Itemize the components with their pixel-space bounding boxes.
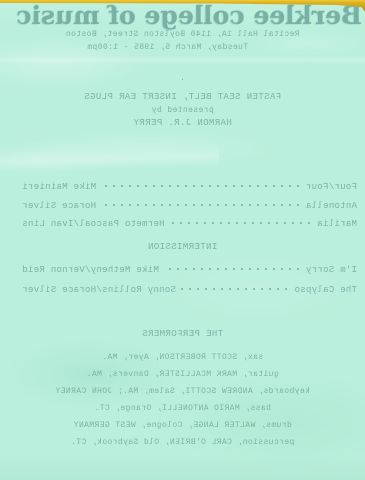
program-row: I'm Sorry Mike Metheny/Vernon Reid (0, 264, 365, 275)
scanned-program-page: { "document": { "kind": "mirrored scanne… (0, 0, 365, 480)
venue-line: Recital Hall 1A, 1140 Boylston Street, B… (0, 30, 365, 39)
piece-credit: Sonny Rollins/Horace Silver (22, 285, 176, 295)
presenter-name: HARMON J.R. PERRY (0, 118, 365, 128)
piece-title: Marilia (317, 219, 357, 229)
date-line: Tuesday, March 5, 1985 - 1:00pm (0, 43, 365, 52)
program-row: Antonella Horace Silver (0, 200, 365, 211)
dot-leader (164, 264, 301, 272)
performer-line: drums, WALTER LANGE, Cologne, WEST GERMA… (0, 421, 365, 430)
performer-line: sax, SCOTT ROBERTSON, Ayer, MA. (0, 353, 365, 362)
performers-heading: THE PERFORMERS (0, 329, 365, 339)
dot-leader (101, 200, 301, 208)
performer-line: guitar, MARK MCALLISTER, Danvers, MA. (0, 370, 365, 379)
paper-sheet: Berklee college of music Recital Hall 1A… (0, 0, 365, 480)
program-row: Marilia Hermeto Pascoal/Ivan Lins (0, 218, 365, 229)
dot-leader (181, 284, 289, 292)
piece-title: The Calypso (294, 285, 357, 295)
piece-credit: Mike Mainieri (22, 182, 96, 192)
dot-leader (101, 181, 301, 189)
berklee-logo: Berklee college of music (16, 1, 362, 30)
performer-line: keyboards, ANDREW SCOTTI, Salem, MA.; JO… (0, 387, 365, 396)
piece-title: Antonella (306, 201, 357, 211)
performer-line: percussion, CARL O'BRIEN, Old Saybrook, … (0, 438, 365, 447)
presented-by-label: presented by (0, 106, 365, 115)
performer-line: bass, MARIO ANTONELLI, Orange, CT. (0, 404, 365, 413)
piece-title: Four/Four (306, 182, 357, 192)
piece-credit: Mike Metheny/Vernon Reid (22, 265, 159, 275)
intermission-heading: INTERMISSION (0, 242, 365, 252)
piece-title: I'm Sorry (306, 265, 357, 275)
mirrored-content-layer: Berklee college of music Recital Hall 1A… (0, 0, 365, 480)
recital-title: FASTEN SEAT BELT, INSERT EAR PLUGS (0, 92, 365, 102)
program-row: The Calypso Sonny Rollins/Horace Silver (0, 284, 365, 295)
program-row: Four/Four Mike Mainieri (0, 181, 365, 192)
stray-mark: . (0, 74, 365, 83)
piece-credit: Hermeto Pascoal/Ivan Lins (22, 219, 165, 229)
piece-credit: Horace Silver (22, 201, 96, 211)
dot-leader (170, 218, 313, 226)
